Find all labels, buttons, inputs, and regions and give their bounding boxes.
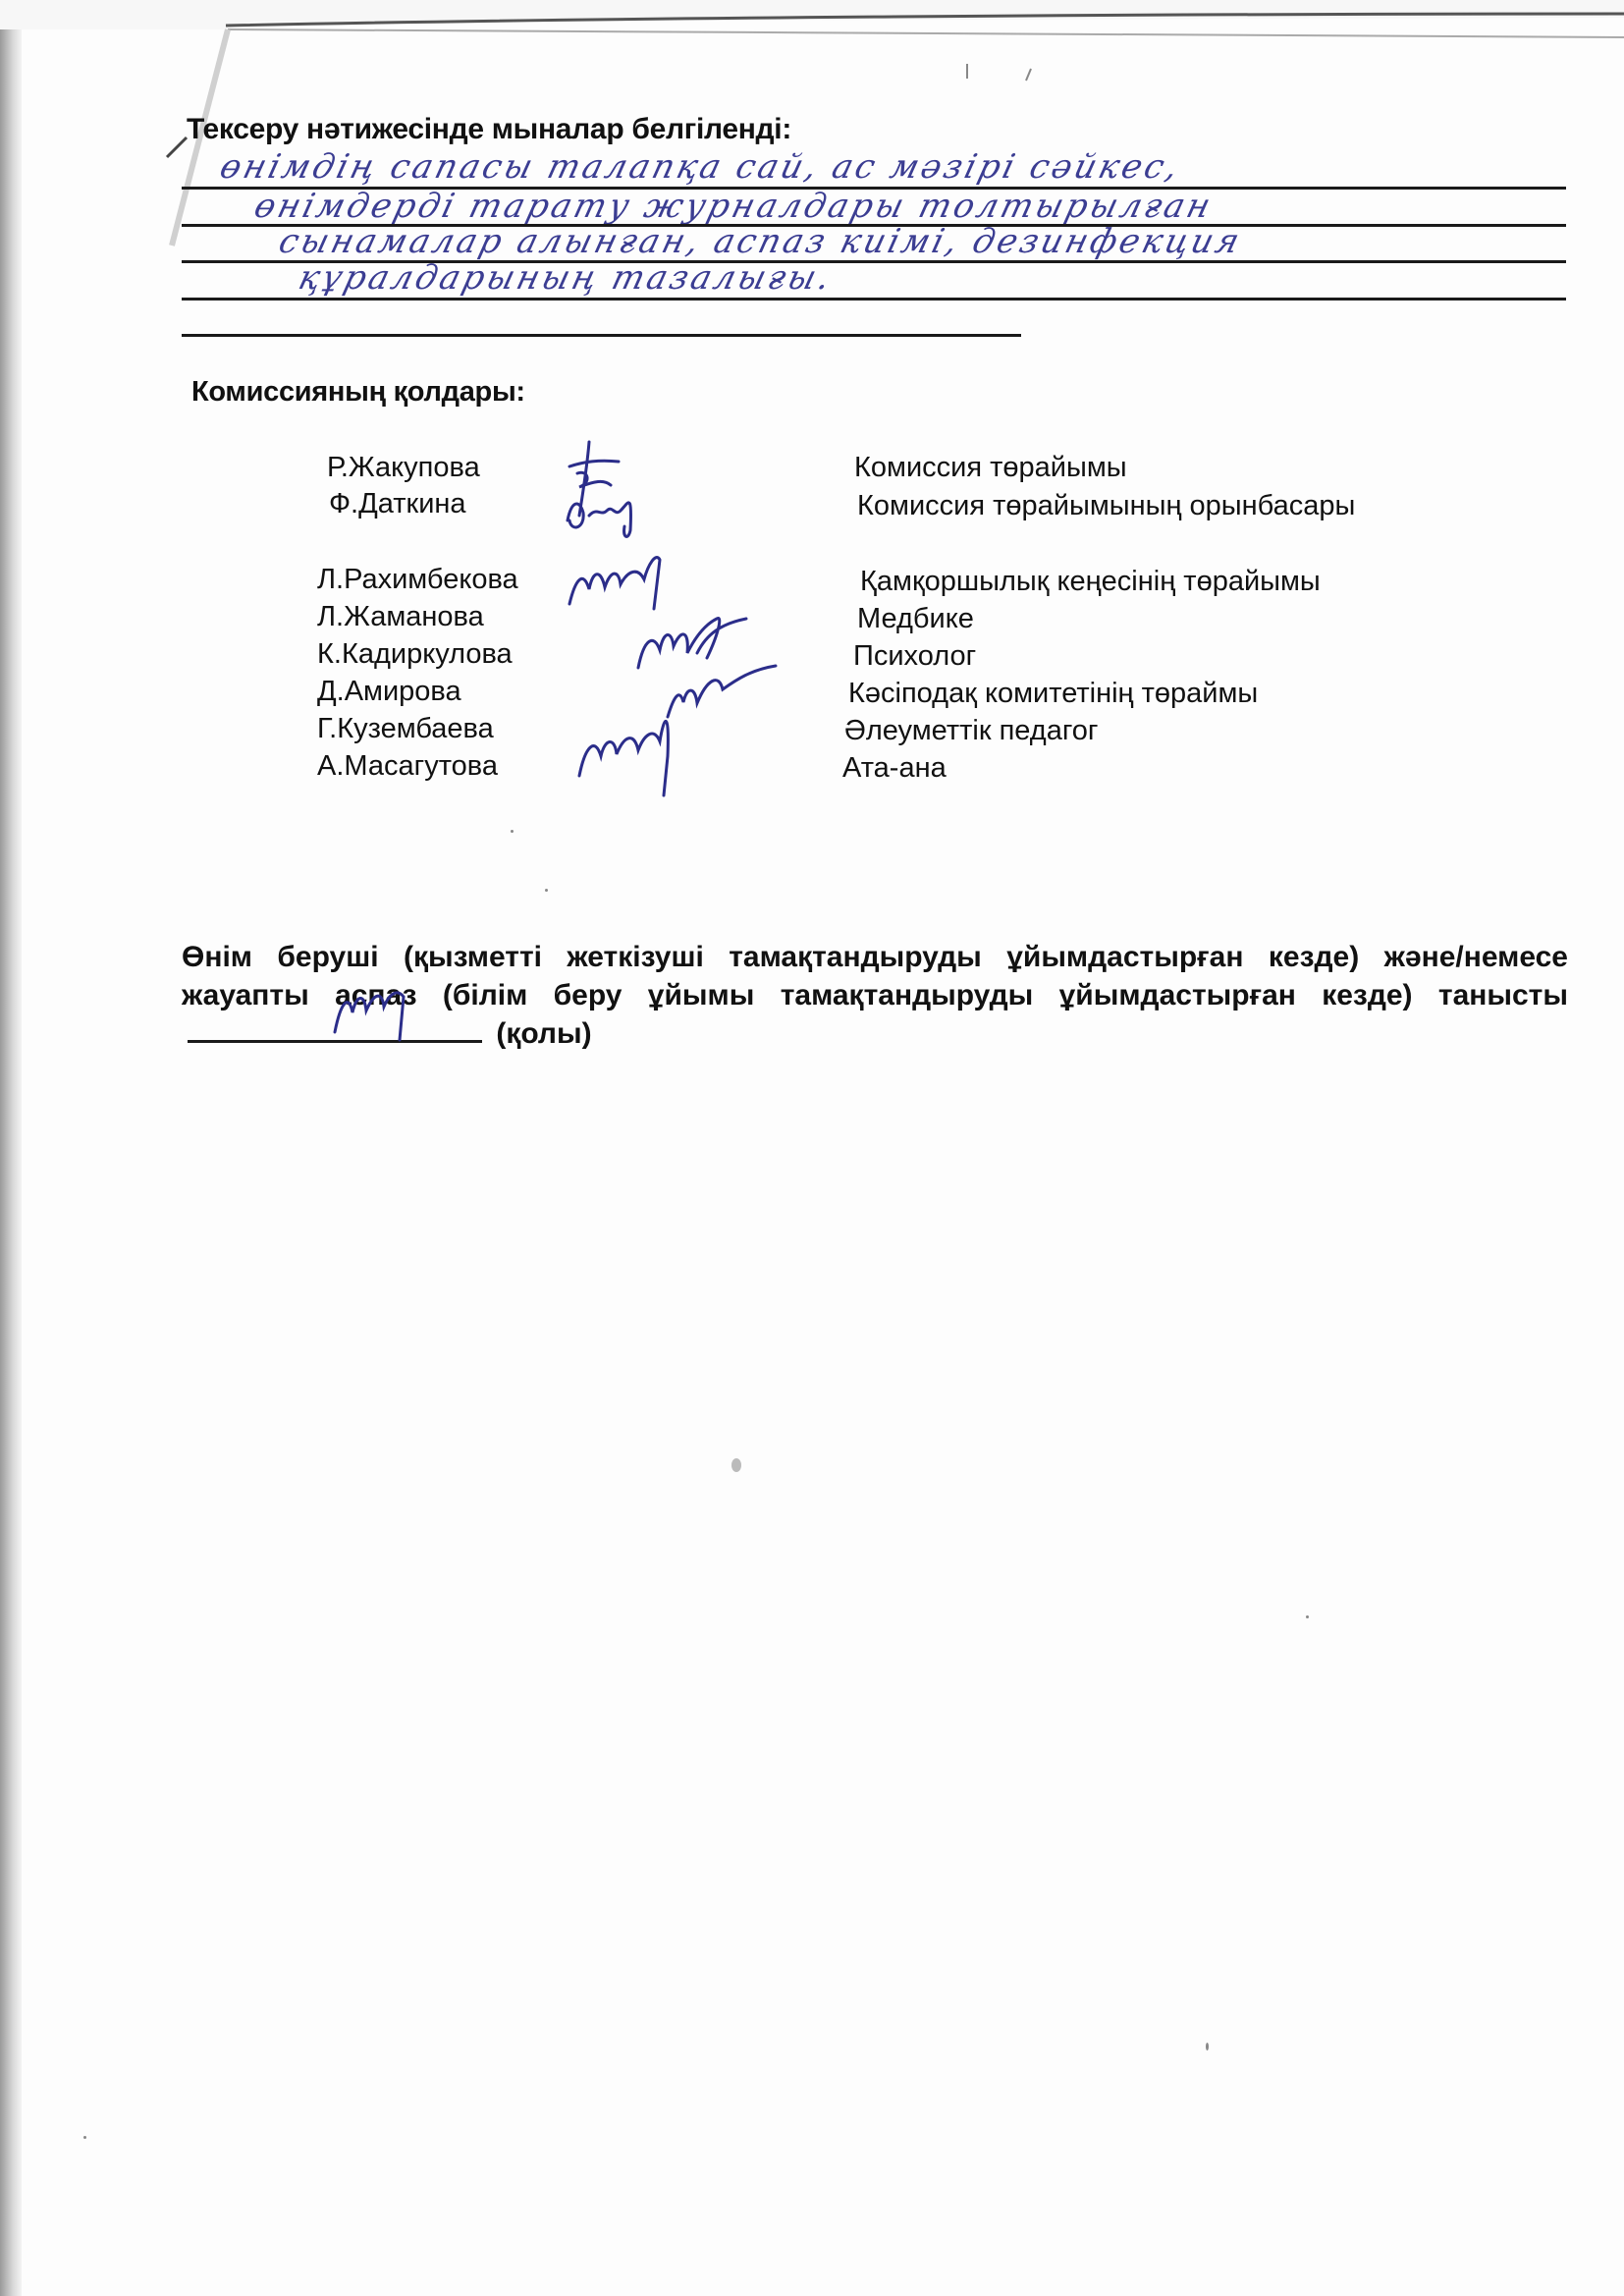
member-name: Ф.Даткина xyxy=(329,488,466,520)
scan-speck xyxy=(511,830,514,833)
signatures-heading: Комиссияның қолдары: xyxy=(191,376,525,409)
handwritten-line-1: өнімдің сапасы талапқа сай, ас мәзірі сә… xyxy=(216,147,1185,187)
handwritten-line-4: құралдарының тазалығы. xyxy=(295,258,837,298)
member-role: Кәсіподақ комитетінің төраймы xyxy=(848,678,1258,710)
scan-left-edge xyxy=(0,0,22,2296)
acknowledgement-signature xyxy=(325,973,423,1042)
signature-blank-line xyxy=(188,1014,482,1043)
member-role: Әлеуметтік педагог xyxy=(844,715,1098,747)
scan-speck xyxy=(1206,2043,1209,2050)
scan-speck xyxy=(83,2136,86,2139)
member-name: Л.Рахимбекова xyxy=(317,564,518,596)
member-name: Р.Жакупова xyxy=(327,452,480,484)
member-role: Медбике xyxy=(857,603,974,635)
scan-speck xyxy=(1306,1615,1309,1618)
member-role: Комиссия төрайымының орынбасары xyxy=(857,490,1355,522)
member-name: А.Масагутова xyxy=(317,750,498,783)
acknowledgement-paragraph: Өнім беруші (қызметті жеткізуші тамақтан… xyxy=(182,938,1568,1053)
handwritten-line-3: сынамалар алынған, аспаз киімі, дезинфек… xyxy=(275,222,1246,261)
answer-line-5 xyxy=(182,334,1021,337)
answer-line-4 xyxy=(182,298,1566,301)
scan-speck xyxy=(545,889,548,892)
member-name: Г.Кузембаева xyxy=(317,713,494,745)
member-name: Д.Амирова xyxy=(317,676,461,708)
member-role: Ата-ана xyxy=(842,752,947,785)
member-role: Комиссия төрайымы xyxy=(854,452,1127,484)
inspection-results-heading: Тексеру нәтижесінде мыналар белгіленді: xyxy=(187,113,791,146)
member-role: Психолог xyxy=(853,640,976,673)
signature-caption: (қолы) xyxy=(496,1017,591,1050)
signature-strokes xyxy=(550,422,805,815)
scan-speck xyxy=(731,1458,741,1472)
member-name: Л.Жаманова xyxy=(317,601,484,633)
member-name: К.Кадиркулова xyxy=(317,638,513,671)
handwritten-line-2: өнімдерді тарату журналдары толтырылған xyxy=(250,187,1218,226)
member-role: Қамқоршылық кеңесінің төрайымы xyxy=(860,566,1321,598)
